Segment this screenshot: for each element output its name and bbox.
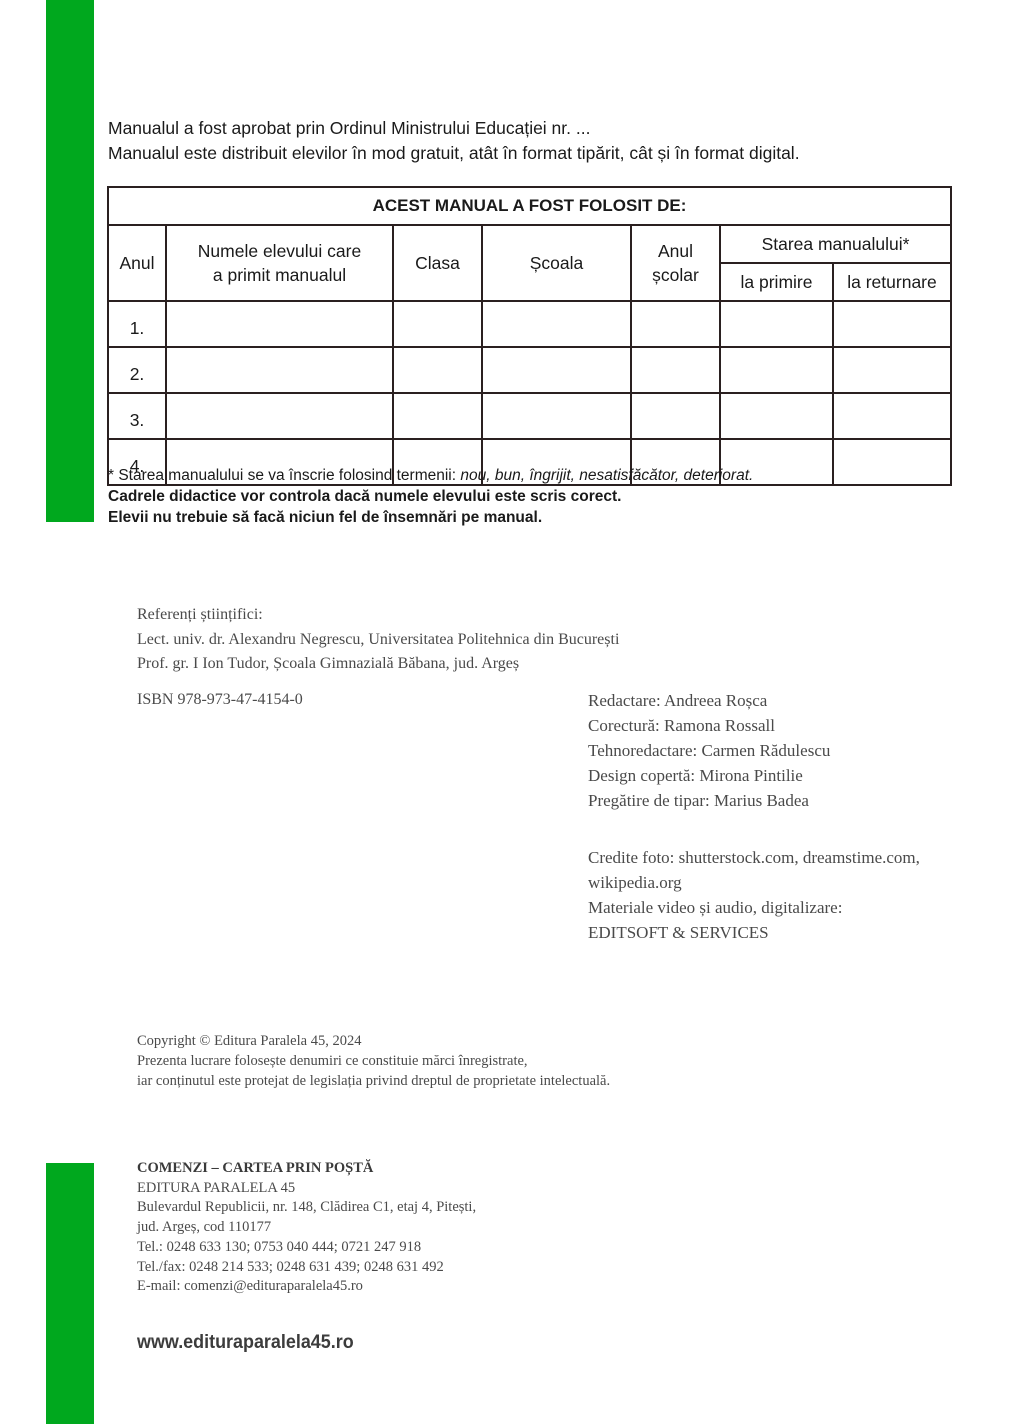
copyright-line: iar conținutul este protejat de legislaț… bbox=[137, 1071, 610, 1091]
cell-clasa[interactable] bbox=[393, 393, 482, 439]
header-numele-line2: a primit manualul bbox=[167, 263, 392, 287]
cell-numele[interactable] bbox=[166, 301, 393, 347]
row-number: 3. bbox=[108, 393, 166, 439]
copyright-line: Prezenta lucrare folosește denumiri ce c… bbox=[137, 1051, 610, 1071]
cell-anul-scolar[interactable] bbox=[631, 393, 720, 439]
copyright-line: Copyright © Editura Paralela 45, 2024 bbox=[137, 1031, 610, 1051]
footnote: * Starea manualului se va înscrie folosi… bbox=[108, 465, 753, 486]
photo-credit-line: Credite foto: shutterstock.com, dreamsti… bbox=[588, 845, 920, 870]
approval-notice: Manualul a fost aprobat prin Ordinul Min… bbox=[108, 116, 800, 166]
isbn: ISBN 978-973-47-4154-0 bbox=[137, 688, 303, 713]
header-starea: Starea manualului* bbox=[720, 225, 951, 263]
table-row: 2. bbox=[108, 347, 951, 393]
table-notes: * Starea manualului se va înscrie folosi… bbox=[108, 465, 753, 528]
orders-heading: COMENZI – CARTEA PRIN POȘTĂ bbox=[137, 1159, 476, 1179]
orders-line: Tel./fax: 0248 214 533; 0248 631 439; 02… bbox=[137, 1258, 476, 1278]
orders-email[interactable]: E-mail: comenzi@edituraparalela45.ro bbox=[137, 1277, 476, 1297]
header-la-primire: la primire bbox=[720, 263, 833, 301]
header-la-returnare: la returnare bbox=[833, 263, 951, 301]
credit-item: Redactare: Andreea Roșca bbox=[588, 688, 830, 713]
cell-la-primire[interactable] bbox=[720, 393, 833, 439]
website-link[interactable]: www.edituraparalela45.ro bbox=[137, 1331, 354, 1354]
usage-record-table: ACEST MANUAL A FOST FOLOSIT DE: Anul Num… bbox=[107, 186, 952, 486]
cell-scoala[interactable] bbox=[482, 347, 631, 393]
header-clasa: Clasa bbox=[393, 225, 482, 301]
photo-credits: Credite foto: shutterstock.com, dreamsti… bbox=[588, 845, 920, 945]
credit-item: Design copertă: Mirona Pintilie bbox=[588, 763, 830, 788]
cell-scoala[interactable] bbox=[482, 301, 631, 347]
cell-anul-scolar[interactable] bbox=[631, 347, 720, 393]
cell-la-returnare[interactable] bbox=[833, 301, 951, 347]
cell-la-returnare[interactable] bbox=[833, 347, 951, 393]
header-numele-line1: Numele elevului care bbox=[167, 239, 392, 263]
scientific-referents: Referenți științifici: Lect. univ. dr. A… bbox=[137, 603, 619, 677]
header-anul: Anul bbox=[108, 225, 166, 301]
teacher-note: Cadrele didactice vor controla dacă nume… bbox=[108, 486, 753, 507]
orders-line: Bulevardul Republicii, nr. 148, Clădirea… bbox=[137, 1198, 476, 1218]
cell-la-returnare[interactable] bbox=[833, 393, 951, 439]
header-anul-scolar: Anul școlar bbox=[631, 225, 720, 301]
cell-anul-scolar[interactable] bbox=[631, 301, 720, 347]
footnote-text: * Starea manualului se va înscrie folosi… bbox=[108, 467, 460, 484]
orders-contact: COMENZI – CARTEA PRIN POȘTĂ EDITURA PARA… bbox=[137, 1159, 476, 1297]
credit-item: Corectură: Ramona Rossall bbox=[588, 713, 830, 738]
cell-la-primire[interactable] bbox=[720, 301, 833, 347]
referents-heading: Referenți științifici: bbox=[137, 603, 619, 628]
orders-line: jud. Argeș, cod 110177 bbox=[137, 1218, 476, 1238]
photo-credit-line: EDITSOFT & SERVICES bbox=[588, 920, 920, 945]
cell-scoala[interactable] bbox=[482, 393, 631, 439]
approval-line: Manualul a fost aprobat prin Ordinul Min… bbox=[108, 116, 800, 141]
row-number: 1. bbox=[108, 301, 166, 347]
cell-numele[interactable] bbox=[166, 393, 393, 439]
sidebar-accent-bottom bbox=[46, 1163, 94, 1424]
header-numele: Numele elevului care a primit manualul bbox=[166, 225, 393, 301]
cell-la-returnare[interactable] bbox=[833, 439, 951, 485]
photo-credit-line: Materiale video și audio, digitalizare: bbox=[588, 895, 920, 920]
table-row: 1. bbox=[108, 301, 951, 347]
cell-la-primire[interactable] bbox=[720, 347, 833, 393]
credit-item: Pregătire de tipar: Marius Badea bbox=[588, 788, 830, 813]
credit-item: Tehnoredactare: Carmen Rădulescu bbox=[588, 738, 830, 763]
orders-line: Tel.: 0248 633 130; 0753 040 444; 0721 2… bbox=[137, 1238, 476, 1258]
cell-clasa[interactable] bbox=[393, 301, 482, 347]
sidebar-accent-top: Editura Paralela 45 bbox=[46, 0, 94, 522]
cell-clasa[interactable] bbox=[393, 347, 482, 393]
referent-item: Lect. univ. dr. Alexandru Negrescu, Univ… bbox=[137, 628, 619, 653]
copyright-notice: Copyright © Editura Paralela 45, 2024 Pr… bbox=[137, 1031, 610, 1091]
editorial-credits: Redactare: Andreea Roșca Corectură: Ramo… bbox=[588, 688, 830, 813]
cell-numele[interactable] bbox=[166, 347, 393, 393]
orders-line: EDITURA PARALELA 45 bbox=[137, 1179, 476, 1199]
header-anul-scolar-line1: Anul bbox=[632, 239, 719, 263]
distribution-line: Manualul este distribuit elevilor în mod… bbox=[108, 141, 800, 166]
row-number: 2. bbox=[108, 347, 166, 393]
table-row: 3. bbox=[108, 393, 951, 439]
student-note: Elevii nu trebuie să facă niciun fel de … bbox=[108, 507, 753, 528]
header-anul-scolar-line2: școlar bbox=[632, 263, 719, 287]
table-title: ACEST MANUAL A FOST FOLOSIT DE: bbox=[108, 187, 951, 225]
photo-credit-line: wikipedia.org bbox=[588, 870, 920, 895]
header-scoala: Școala bbox=[482, 225, 631, 301]
footnote-terms: nou, bun, îngrijit, nesatisfăcător, dete… bbox=[460, 467, 753, 484]
referent-item: Prof. gr. I Ion Tudor, Școala Gimnazială… bbox=[137, 652, 619, 677]
